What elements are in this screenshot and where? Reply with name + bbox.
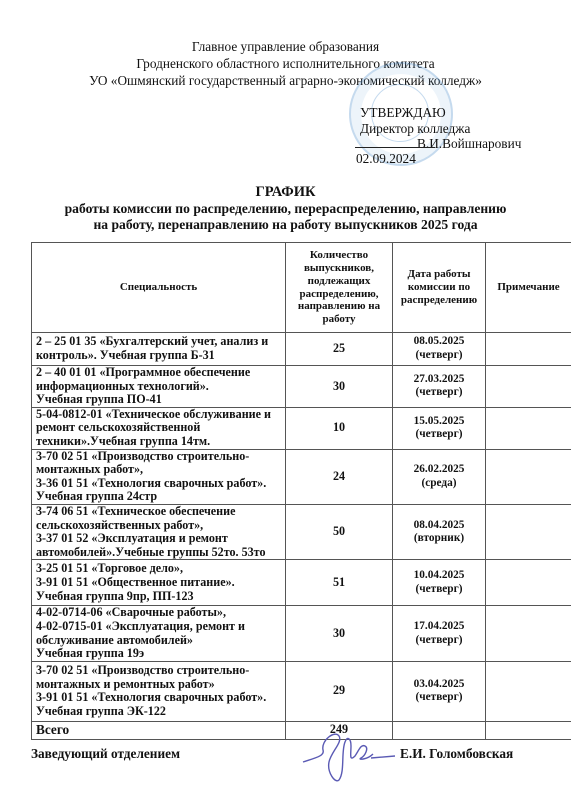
- date-cell: 17.04.2025 (четверг): [393, 606, 486, 661]
- specialty-cell: 2 – 25 01 35 «Бухгалтерский учет, анализ…: [32, 333, 286, 366]
- date-cell: 26.02.2025 (среда): [393, 449, 486, 504]
- specialty-cell: 3-74 06 51 «Техническое обеспечение сель…: [32, 504, 286, 559]
- specialty-cell: 3-70 02 51 «Производство строительно-мон…: [32, 449, 286, 504]
- total-label: Всего: [32, 721, 286, 739]
- note-cell: [486, 366, 571, 408]
- column-header-date: Дата работы комиссии по распределению: [393, 243, 486, 333]
- table-row: 2 – 40 01 01 «Программное обеспечение ин…: [32, 366, 571, 408]
- total-note: [486, 721, 571, 739]
- date-cell: 08.04.2025 (вторник): [393, 504, 486, 559]
- document-title: ГРАФИК: [0, 184, 571, 200]
- footer-position: Заведующий отделением: [31, 746, 180, 762]
- table-row: 5-04-0812-01 «Техническое обслуживание и…: [32, 407, 571, 449]
- specialty-cell: 4-02-0714-06 «Сварочные работы», 4-02-07…: [32, 606, 286, 661]
- note-cell: [486, 606, 571, 661]
- header-committee: Гродненского областного исполнительного …: [0, 55, 571, 72]
- approval-date: 02.09.2024: [356, 151, 416, 167]
- table-row: 3-70 02 51 «Производство строительно-мон…: [32, 449, 571, 504]
- note-cell: [486, 449, 571, 504]
- count-cell: 29: [286, 661, 393, 721]
- specialty-cell: 5-04-0812-01 «Техническое обслуживание и…: [32, 407, 286, 449]
- total-date: [393, 721, 486, 739]
- approval-signature-line: [355, 147, 435, 148]
- document-subtitle-1: работы комиссии по распределению, перера…: [0, 201, 571, 217]
- schedule-table: Специальность Количество выпускников, по…: [31, 242, 571, 740]
- note-cell: [486, 504, 571, 559]
- count-cell: 50: [286, 504, 393, 559]
- column-header-specialty: Специальность: [32, 243, 286, 333]
- date-cell: 03.04.2025 (четверг): [393, 661, 486, 721]
- table-row: 4-02-0714-06 «Сварочные работы», 4-02-07…: [32, 606, 571, 661]
- approval-label: УТВЕРЖДАЮ: [360, 105, 446, 121]
- header-ministry: Главное управление образования: [0, 38, 571, 55]
- date-cell: 15.05.2025 (четверг): [393, 407, 486, 449]
- count-cell: 30: [286, 606, 393, 661]
- date-cell: 08.05.2025 (четверг): [393, 333, 486, 366]
- count-cell: 24: [286, 449, 393, 504]
- count-cell: 51: [286, 560, 393, 606]
- note-cell: [486, 560, 571, 606]
- note-cell: [486, 333, 571, 366]
- document-subtitle-2: на работу, перенаправлению на работу вып…: [0, 217, 571, 233]
- specialty-cell: 3-25 01 51 «Торговое дело», 3-91 01 51 «…: [32, 560, 286, 606]
- approval-position: Директор колледжа: [360, 121, 470, 137]
- column-header-note: Примечание: [486, 243, 571, 333]
- table-header-row: Специальность Количество выпускников, по…: [32, 243, 571, 333]
- note-cell: [486, 661, 571, 721]
- table-row: 3-74 06 51 «Техническое обеспечение сель…: [32, 504, 571, 559]
- signature-icon: [295, 722, 395, 788]
- date-cell: 27.03.2025 (четверг): [393, 366, 486, 408]
- approval-name: В.И.Войшнарович: [417, 136, 521, 152]
- header-college: УО «Ошмянский государственный аграрно-эк…: [0, 72, 571, 89]
- table-row: 3-25 01 51 «Торговое дело», 3-91 01 51 «…: [32, 560, 571, 606]
- table-row: 3-70 02 51 «Производство строительно-мон…: [32, 661, 571, 721]
- count-cell: 30: [286, 366, 393, 408]
- count-cell: 10: [286, 407, 393, 449]
- count-cell: 25: [286, 333, 393, 366]
- column-header-count: Количество выпускников, подлежащих распр…: [286, 243, 393, 333]
- note-cell: [486, 407, 571, 449]
- specialty-cell: 2 – 40 01 01 «Программное обеспечение ин…: [32, 366, 286, 408]
- specialty-cell: 3-70 02 51 «Производство строительно-мон…: [32, 661, 286, 721]
- date-cell: 10.04.2025 (четверг): [393, 560, 486, 606]
- table-row: 2 – 25 01 35 «Бухгалтерский учет, анализ…: [32, 333, 571, 366]
- footer-name: Е.И. Голомбовская: [400, 746, 513, 762]
